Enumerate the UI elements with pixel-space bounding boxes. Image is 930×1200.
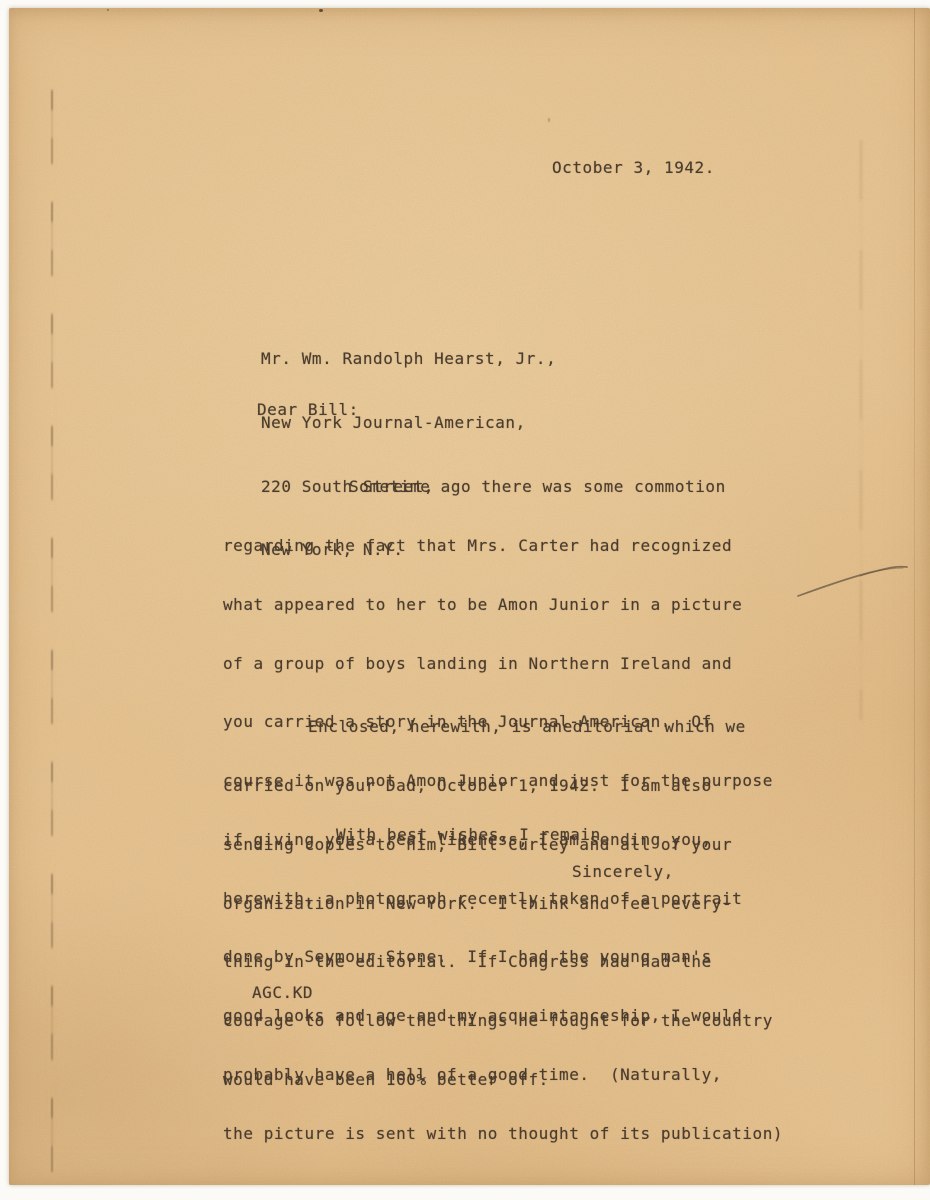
paper-streak <box>860 140 862 720</box>
letter-line: what appeared to her to be Amon Junior i… <box>223 595 783 615</box>
paper-speck <box>107 9 109 11</box>
paper-crease-line <box>51 78 53 1173</box>
letter-line: carried on your Dad, October 1, 1942. I … <box>223 776 773 796</box>
letter-line: courage to follow the things he fought f… <box>223 1011 773 1031</box>
salutation: Dear Bill: <box>257 400 359 420</box>
letter-line: Sometime ago there was some commotion <box>223 477 783 497</box>
pencil-mark <box>790 550 920 610</box>
letter-line: thing in the editorial. If Congress had … <box>223 952 773 972</box>
signoff: Sincerely, <box>572 862 674 882</box>
scanned-letter-page: October 3, 1942. Mr. Wm. Randolph Hearst… <box>0 0 930 1200</box>
closing-line: With best wishes, I remain <box>336 825 601 845</box>
letter-line: Enclosed, herewith, is aneditorial which… <box>223 717 773 737</box>
letter-line: would have been 100% better off. <box>223 1070 773 1090</box>
date-line: October 3, 1942. <box>552 158 715 178</box>
letter-line: organization in New York. I think and fe… <box>223 894 773 914</box>
paragraph-2: Enclosed, herewith, is aneditorial which… <box>223 678 773 1129</box>
letter-line: of a group of boys landing in Northern I… <box>223 654 783 674</box>
letter-line: regarding the fact that Mrs. Carter had … <box>223 536 783 556</box>
paper-speck <box>548 118 550 122</box>
reference-initials: AGC.KD <box>252 983 313 1003</box>
address-line: Mr. Wm. Randolph Hearst, Jr., <box>261 348 556 369</box>
paper-speck <box>319 9 323 12</box>
